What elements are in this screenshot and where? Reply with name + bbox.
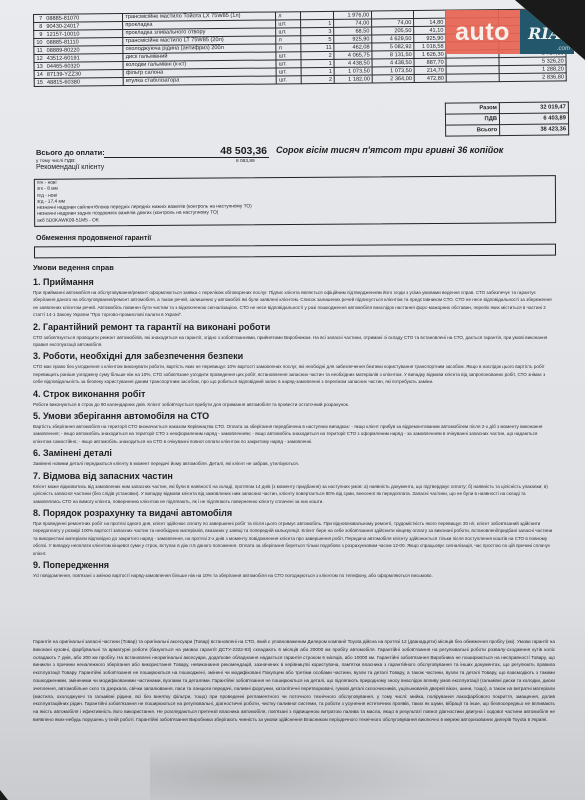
terms-subsection: 1. ПрийманняПри прийманні автомобіля на … bbox=[33, 277, 553, 319]
cell-num: 8 bbox=[34, 22, 45, 30]
terms-heading: 2. Гарантійний ремонт та гарантії на вик… bbox=[33, 322, 553, 333]
watermark-auto-text: auto bbox=[445, 10, 520, 54]
terms-paragraph: Клієнт може відмовитись від замовлених н… bbox=[33, 483, 553, 505]
terms-paragraph: При проведенні ремонтних робіт на протяз… bbox=[33, 520, 553, 557]
totals-label: ПДВ bbox=[445, 114, 499, 126]
cell-sum: 1 073,50 bbox=[372, 67, 414, 75]
cell-num: 10 bbox=[34, 38, 45, 46]
recommendations-box: пгк - новізгк - 8 ммпгд - новізгд - 17,4… bbox=[34, 175, 556, 227]
cell-price: 4 438,50 bbox=[334, 59, 372, 67]
terms-heading: 6. Замінені деталі bbox=[33, 448, 553, 459]
terms-paragraph: Замінені новими деталі передаються клієн… bbox=[33, 460, 553, 467]
totals-label: Разом bbox=[445, 103, 499, 115]
totals-value: 6 403,89 bbox=[499, 113, 568, 125]
totals-row: Всього38 423,36 bbox=[446, 124, 569, 136]
cell-unit: шт. bbox=[276, 68, 301, 76]
terms-heading: 3. Роботи, необхідні для забезпечення бе… bbox=[33, 351, 553, 362]
cell-unit: л bbox=[276, 12, 301, 20]
cell-name: втулка стабілізатора bbox=[123, 76, 276, 86]
cell-qty: 1 bbox=[301, 19, 334, 27]
terms-subsection: 4. Строк виконання робітРоботи виконують… bbox=[33, 389, 553, 408]
cell-price: 925,90 bbox=[334, 35, 372, 43]
cell-price: 4 065,75 bbox=[334, 51, 372, 59]
cell-code: 48815-60380 bbox=[45, 78, 124, 87]
totals-label: Всього bbox=[446, 125, 500, 137]
cell-blank bbox=[446, 74, 499, 83]
terms-title: Умови ведення справ bbox=[33, 263, 553, 272]
terms-paragraph: СТО має право без узгодження з клієнтом … bbox=[33, 363, 553, 385]
cell-vat: 41,10 bbox=[414, 26, 446, 34]
cell-vat: 214,70 bbox=[414, 66, 446, 74]
cell-qty: 2 bbox=[301, 51, 334, 59]
cell-vat: 14,80 bbox=[414, 18, 446, 26]
cell-sum: 2 364,00 bbox=[372, 75, 414, 83]
totals-value: 32 019,47 bbox=[499, 102, 568, 114]
cell-sum: 74,00 bbox=[372, 19, 414, 27]
cell-qty: 11 bbox=[301, 43, 334, 51]
cell-num: 14 bbox=[34, 70, 45, 78]
cell-price: 74,00 bbox=[334, 19, 372, 27]
terms-heading: 9. Попередження bbox=[33, 560, 553, 571]
warranty-limits-title: Обмеження продовженої гарантії bbox=[36, 235, 151, 242]
terms-subsection: 3. Роботи, необхідні для забезпечення бе… bbox=[33, 351, 553, 385]
payment-amount-words: Сорок вісім тисяч п'ятсот три гривні 36 … bbox=[276, 145, 503, 155]
totals-table: Разом32 019,47ПДВ6 403,89Всього38 423,36 bbox=[445, 101, 569, 136]
cell-unit: шт. bbox=[276, 76, 301, 84]
cell-price: 1 073,50 bbox=[334, 67, 372, 75]
payment-label: Всього до оплати: bbox=[36, 148, 105, 157]
terms-heading: 1. Приймання bbox=[33, 277, 553, 288]
totals-value: 38 423,36 bbox=[500, 124, 569, 136]
payment-underline bbox=[104, 157, 269, 158]
cell-sum: 205,50 bbox=[372, 27, 414, 35]
cell-unit: шт. bbox=[276, 20, 301, 28]
cell-sum: 5 082,92 bbox=[372, 43, 414, 51]
cell-vat: 1 016,58 bbox=[414, 42, 446, 50]
paper-shadow bbox=[150, 740, 450, 800]
terms-subsection: 9. ПопередженняУсі повідомлення, пов'яза… bbox=[33, 560, 553, 579]
cell-qty: 2 bbox=[301, 75, 334, 83]
cell-sum: 4 438,50 bbox=[372, 59, 414, 67]
autoria-watermark: auto ★ RIA .com bbox=[445, 10, 574, 54]
cell-unit: шт. bbox=[276, 52, 301, 60]
cell-sum: 4 629,50 bbox=[372, 35, 414, 43]
cell-total: 2 836,80 bbox=[499, 73, 566, 82]
terms-heading: 7. Відмова від запасних частин bbox=[33, 471, 553, 482]
cell-num: 13 bbox=[34, 62, 45, 70]
watermark-com-text: .com bbox=[557, 46, 570, 52]
cell-vat: 887,70 bbox=[414, 58, 446, 66]
cell-sum: 8 131,50 bbox=[372, 51, 414, 59]
terms-subsection: 7. Відмова від запасних частинКлієнт мож… bbox=[33, 471, 553, 505]
terms-heading: 4. Строк виконання робіт bbox=[33, 389, 553, 400]
terms-paragraph: При прийманні автомобіля на обслуговуван… bbox=[33, 289, 553, 319]
cell-qty: 3 bbox=[301, 27, 334, 35]
cell-num: 12 bbox=[34, 54, 45, 62]
cell-num: 9 bbox=[34, 30, 45, 38]
cell-vat: 925,90 bbox=[414, 34, 446, 42]
cell-qty: 1 bbox=[301, 67, 334, 75]
vat-value: 8 083,89 bbox=[236, 159, 255, 164]
terms-heading: 5. Умови зберігання автомобіля на СТО bbox=[33, 411, 553, 422]
terms-subsection: 8. Порядок розрахунку та видачі автомобі… bbox=[33, 508, 553, 557]
cell-price: 1 976,00 bbox=[334, 11, 372, 19]
cell-vat: 1 626,30 bbox=[414, 50, 446, 58]
warranty-text: Гарантія на оригінальні запасні частини … bbox=[33, 638, 555, 724]
terms-subsection: 5. Умови зберігання автомобіля на СТОВар… bbox=[33, 411, 553, 445]
terms-subsection: 2. Гарантійний ремонт та гарантії на вик… bbox=[33, 322, 553, 349]
cell-price: 1 182,00 bbox=[334, 75, 372, 83]
cell-unit: л bbox=[276, 44, 301, 52]
terms-paragraph: Роботи виконуються в строк до 90 календа… bbox=[33, 401, 553, 408]
warranty-limits-box bbox=[34, 244, 556, 259]
terms-subsection: 6. Замінені деталіЗамінені новими деталі… bbox=[33, 448, 553, 467]
cell-unit: шт. bbox=[276, 60, 301, 68]
cell-price: 462,08 bbox=[334, 43, 372, 51]
terms-paragraph: Усі повідомлення, пов'язані з зміною вар… bbox=[33, 572, 553, 579]
watermark-ria-text: RIA bbox=[528, 24, 561, 43]
cell-qty: 1 bbox=[301, 59, 334, 67]
terms-paragraph: СТО зобов'язується проводити ремонт авто… bbox=[33, 334, 553, 349]
cell-unit: шт. bbox=[276, 28, 301, 36]
cell-qty: 5 bbox=[301, 35, 334, 43]
cell-vat: 472,80 bbox=[414, 74, 446, 82]
watermark-ria-block: ★ RIA .com bbox=[520, 10, 574, 54]
document-page: 708885-81070трансмісійне мастило Тойота … bbox=[0, 0, 585, 800]
cell-num: 15 bbox=[34, 78, 45, 86]
cell-num: 11 bbox=[34, 46, 45, 54]
recommendations-title: Рекомендації клієнту bbox=[36, 164, 104, 171]
cell-unit: л bbox=[276, 36, 301, 44]
payment-amount: 48 503,36 bbox=[191, 145, 267, 157]
terms-heading: 8. Порядок розрахунку та видачі автомобі… bbox=[33, 508, 553, 519]
cell-num: 7 bbox=[34, 14, 45, 22]
terms-paragraph: Вартість зберігання автомобіля на терито… bbox=[33, 423, 553, 445]
cell-price: 68,50 bbox=[334, 27, 372, 35]
terms-section: Умови ведення справ 1. ПрийманняПри прий… bbox=[33, 263, 553, 582]
